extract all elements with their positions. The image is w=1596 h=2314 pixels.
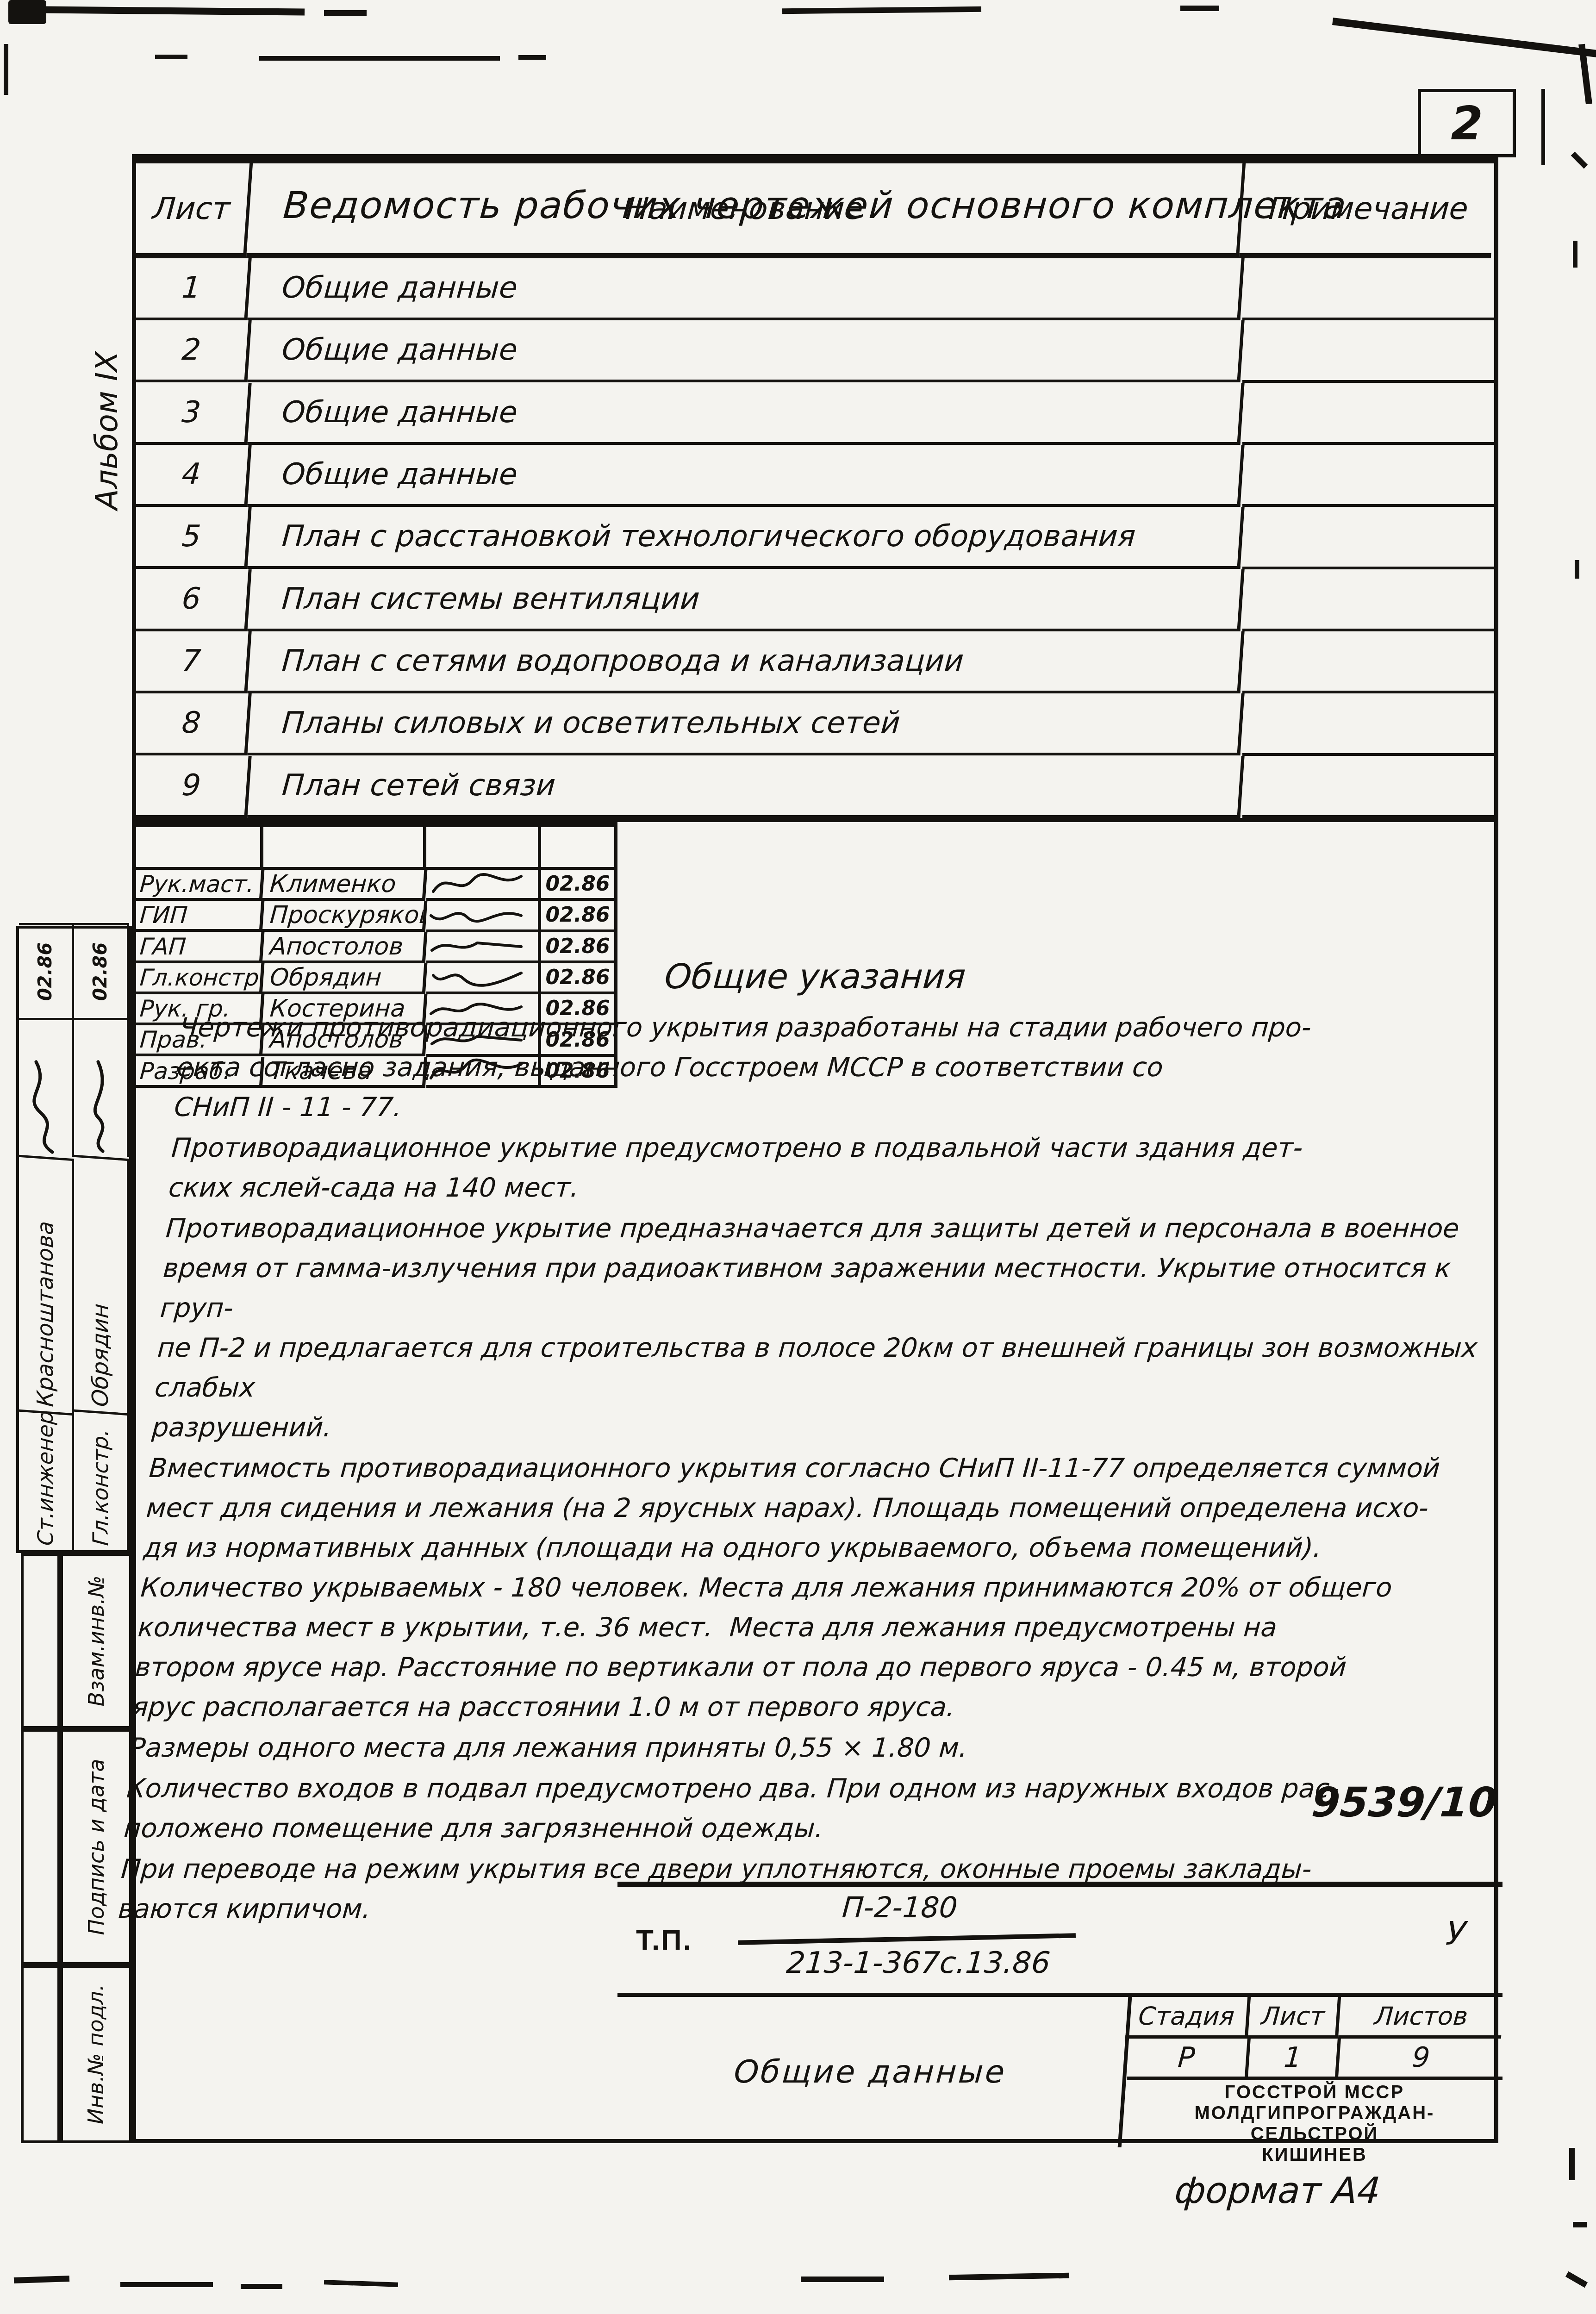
scan-artifact xyxy=(949,2273,1069,2281)
signatory-role: Гл.констр xyxy=(135,963,265,994)
table-cell-name: Общие данные xyxy=(247,258,1244,320)
signatory-name: Обрядин xyxy=(262,963,428,994)
table-cell-note xyxy=(1242,569,1494,631)
table-cell-sheet: 8 xyxy=(134,693,251,755)
notes-paragraph: Противорадиационное укрытие предназначае… xyxy=(150,1209,1507,1447)
signature-icon xyxy=(426,902,528,929)
column-header-name: Наименование xyxy=(246,163,1246,258)
notes-body: Чертежи противорадиационного укрытия раз… xyxy=(117,1008,1521,1930)
signatory-name: Проскуряков xyxy=(262,901,428,932)
signatory-signature xyxy=(426,870,541,901)
sheets-label: Листов xyxy=(1338,1997,1504,2039)
signatory-role: Прав. xyxy=(135,1025,265,1056)
scan-artifact xyxy=(1332,18,1596,58)
issuer-line: КИШИНЕВ xyxy=(1127,2145,1502,2165)
scan-artifact xyxy=(1569,2148,1575,2180)
document-number: 9539/10 xyxy=(1310,1778,1521,1826)
notes-paragraph: Вместимость противорадиационного укрытия… xyxy=(131,1448,1490,1727)
sheet-label: Лист xyxy=(1248,1997,1341,2039)
scanned-drawing-sheet: { "page": { "number": "2", "doc_number":… xyxy=(0,0,1596,2314)
page-number: 2 xyxy=(1451,96,1483,150)
sheet-list-table: Лист Наименование Примечание 1 Общие дан… xyxy=(136,158,1494,822)
scan-artifact xyxy=(1541,89,1545,165)
issuer-line: МОЛДГИПРОГРАЖДАН- xyxy=(1127,2103,1502,2124)
frame-label-inv: Инв.№ подл. xyxy=(60,1965,132,2143)
table-cell-note xyxy=(1242,320,1494,382)
scan-artifact xyxy=(8,0,46,24)
signatory-role: Рук.маст. xyxy=(135,870,265,901)
issuer-line: СЕЛЬСТРОЙ xyxy=(1127,2124,1502,2145)
table-cell-name: План системы вентиляции xyxy=(247,569,1244,631)
table-cell-name: План с расстановкой технологического обо… xyxy=(247,507,1244,569)
page-number-box: 2 xyxy=(1418,89,1516,157)
table-cell-note xyxy=(1242,383,1494,445)
approval-signature xyxy=(19,1018,74,1157)
scan-artifact xyxy=(1575,560,1579,579)
table-cell-name: Общие данные xyxy=(247,320,1244,382)
signatory-name: Апостолов xyxy=(262,1025,428,1056)
scan-artifact xyxy=(801,2277,884,2282)
table-cell-name: План с сетями водопровода и канализации xyxy=(247,631,1244,693)
tp-label: Т.П. xyxy=(636,1924,692,1957)
notes-paragraph: Противорадиационное укрытие предусмотрен… xyxy=(167,1128,1513,1208)
signatory-date: 02.86 xyxy=(541,870,617,901)
stage-table: Стадия Лист Листов Р 1 9 xyxy=(1127,1997,1502,2080)
frame-cell-empty xyxy=(21,1729,60,1965)
scan-artifact xyxy=(45,6,305,16)
approval-date: 02.86 xyxy=(74,923,129,1018)
approval-name: Красноштанова xyxy=(19,1155,74,1413)
empty-cell xyxy=(263,827,426,870)
scan-artifact xyxy=(155,55,187,59)
u-mark: У xyxy=(1445,1915,1467,1952)
signatory-name: Апостолов xyxy=(262,932,428,963)
tp-denominator: 213-1-367с.13.86 xyxy=(732,1946,1104,1980)
table-cell-sheet: 1 xyxy=(134,258,251,320)
table-cell-name: Планы силовых и осветительных сетей xyxy=(247,693,1244,755)
stage-value: Р xyxy=(1125,2039,1251,2077)
sheet-value: 1 xyxy=(1248,2039,1341,2077)
scan-artifact xyxy=(259,56,500,61)
issuer-stamp: ГОССТРОЙ МССР МОЛДГИПРОГРАЖДАН- СЕЛЬСТРО… xyxy=(1127,2080,1502,2147)
format-note: формат А4 xyxy=(1100,2170,1455,2212)
scan-artifact xyxy=(324,2280,398,2287)
empty-cell xyxy=(136,827,263,870)
scan-artifact xyxy=(1573,241,1577,268)
approval-name: Обрядин xyxy=(74,1155,129,1413)
scan-artifact xyxy=(518,55,546,60)
table-cell-sheet: 9 xyxy=(134,756,251,818)
scan-artifact xyxy=(782,6,981,14)
table-cell-note xyxy=(1242,445,1494,507)
scan-artifact xyxy=(14,2276,69,2283)
table-cell-sheet: 2 xyxy=(134,320,251,382)
scan-artifact xyxy=(1573,2222,1587,2227)
scan-artifact xyxy=(1180,6,1219,11)
table-cell-name: План сетей связи xyxy=(247,756,1244,818)
side-approval-table: Ст.инженер Красноштанова 02.86 Гл.констр… xyxy=(16,926,132,1553)
frame-label-vzam: Взам.инв.№ xyxy=(60,1553,132,1729)
scan-artifact xyxy=(120,2282,213,2287)
signatory-role: Разраб. xyxy=(135,1057,265,1088)
signatory-name: Клименко xyxy=(262,870,428,901)
notes-paragraph: Размеры одного места для лежания приняты… xyxy=(128,1728,1471,1768)
column-header-sheet: Лист xyxy=(133,163,253,258)
table-cell-note xyxy=(1242,507,1494,569)
signatory-name: Ткачева xyxy=(262,1057,428,1088)
table-cell-sheet: 5 xyxy=(134,507,251,569)
signatory-role: Рук. гр. xyxy=(135,994,265,1025)
approval-role: Гл.констр. xyxy=(74,1410,129,1552)
frame-cell-empty xyxy=(21,1965,60,2143)
stage-label: Стадия xyxy=(1125,1997,1251,2039)
signatory-role: ГИП xyxy=(135,901,265,932)
scan-artifact xyxy=(1565,2271,1588,2288)
signatory-date: 02.86 xyxy=(541,901,617,932)
signatory-role: ГАП xyxy=(135,932,265,963)
signatory-signature xyxy=(426,901,541,932)
signature-icon xyxy=(426,933,528,960)
scan-artifact xyxy=(1571,152,1588,169)
scan-artifact xyxy=(324,10,367,16)
table-cell-note xyxy=(1242,258,1494,320)
issuer-line: ГОССТРОЙ МССР xyxy=(1127,2082,1502,2103)
column-header-note: Примечание xyxy=(1239,163,1497,258)
approval-date: 02.86 xyxy=(19,923,74,1018)
table-cell-sheet: 6 xyxy=(134,569,251,631)
tp-numerator: П-2-180 xyxy=(769,1890,1030,1924)
empty-cell xyxy=(426,827,541,870)
title-block-doc-title: Общие данные xyxy=(612,1997,1132,2147)
signature-icon xyxy=(426,871,528,898)
signatory-name: Костерина xyxy=(262,994,428,1025)
type-project-cell: Т.П. П-2-180 213-1-367с.13.86 У xyxy=(617,1882,1502,1997)
signature-icon xyxy=(84,1055,117,1157)
table-cell-name: Общие данные xyxy=(247,445,1244,507)
table-cell-sheet: 7 xyxy=(134,631,251,693)
drawing-frame: Ведомость рабочих чертежей основного ком… xyxy=(132,154,1498,2143)
sheets-value: 9 xyxy=(1338,2039,1504,2077)
table-cell-name: Общие данные xyxy=(247,383,1244,445)
table-cell-sheet: 4 xyxy=(134,445,251,507)
approval-role: Ст.инженер xyxy=(19,1410,74,1552)
notes-paragraph: Количество входов в подвал предусмотрено… xyxy=(123,1769,1468,1848)
table-cell-note xyxy=(1242,631,1494,693)
scan-artifact xyxy=(241,2284,282,2289)
scan-artifact xyxy=(4,44,8,95)
table-cell-note xyxy=(1242,756,1494,818)
empty-cell xyxy=(541,827,617,870)
fraction-bar xyxy=(738,1933,1076,1945)
approval-signature xyxy=(74,1018,129,1157)
frame-cell-empty xyxy=(21,1553,60,1729)
signature-icon xyxy=(29,1055,62,1157)
table-cell-sheet: 3 xyxy=(134,383,251,445)
table-cell-note xyxy=(1242,693,1494,755)
album-label: Альбом IX xyxy=(79,292,134,569)
